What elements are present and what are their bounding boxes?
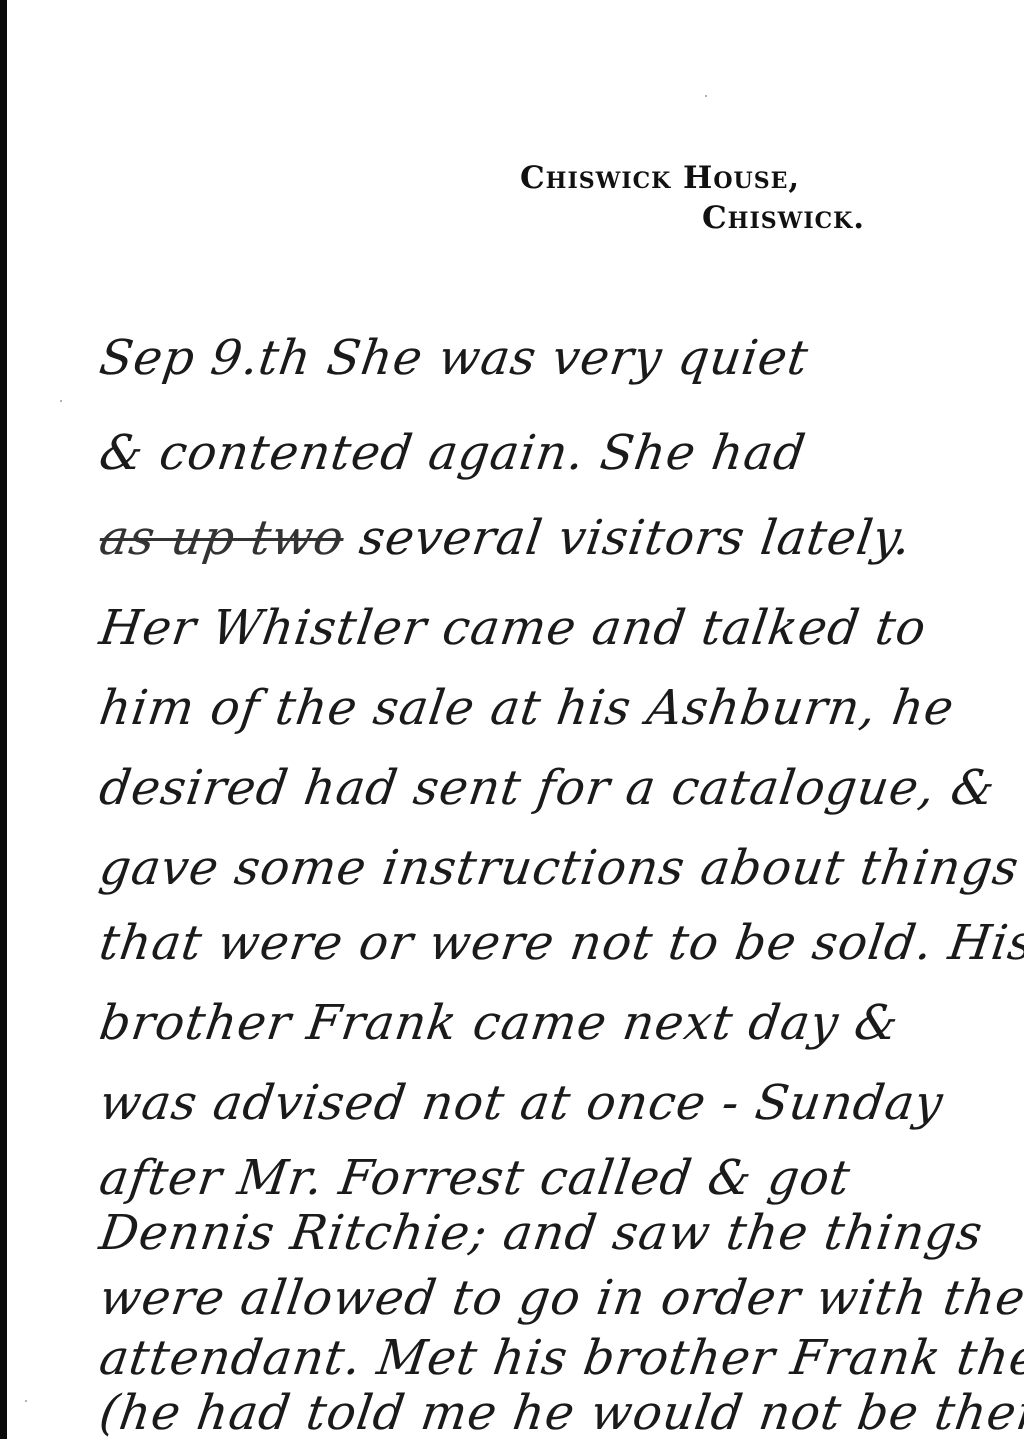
scan-speck — [25, 1400, 27, 1402]
letter-line: desired had sent for a catalogue, & — [96, 760, 974, 816]
letter-line: & contented again. She had — [96, 425, 974, 481]
letter-line: Dennis Ritchie; and saw the things — [96, 1205, 974, 1261]
letter-line: gave some instructions about things — [96, 840, 974, 896]
letter-line-text: several visitors lately. — [356, 510, 915, 566]
letter-line: that were or were not to be sold. His — [96, 915, 974, 971]
letter-line: brother Frank came next day & — [96, 995, 974, 1051]
letter-line: were allowed to go in order with them — [96, 1270, 974, 1326]
letterhead-line-1: Chiswick House, — [520, 160, 920, 196]
letter-line: after Mr. Forrest called & got — [96, 1150, 974, 1206]
scan-speck — [60, 400, 62, 402]
scan-speck — [705, 95, 707, 97]
letter-line: Sep 9.th She was very quiet — [96, 330, 974, 386]
letter-line: attendant. Met his brother Frank there — [96, 1330, 974, 1386]
letter-line: him of the sale at his Ashburn, he — [96, 680, 974, 736]
letter-line: (he had told me he would not be there) & — [96, 1385, 974, 1439]
letter-line: as up two several visitors lately. — [96, 510, 974, 566]
letter-line: Her Whistler came and talked to — [96, 600, 974, 656]
letterhead-line-2: Chiswick. — [702, 200, 920, 236]
letterhead: Chiswick House, Chiswick. — [520, 160, 920, 236]
struck-out-text: as up two — [96, 510, 348, 566]
scan-edge — [0, 0, 7, 1439]
letter-line: was advised not at once - Sunday — [96, 1075, 974, 1131]
